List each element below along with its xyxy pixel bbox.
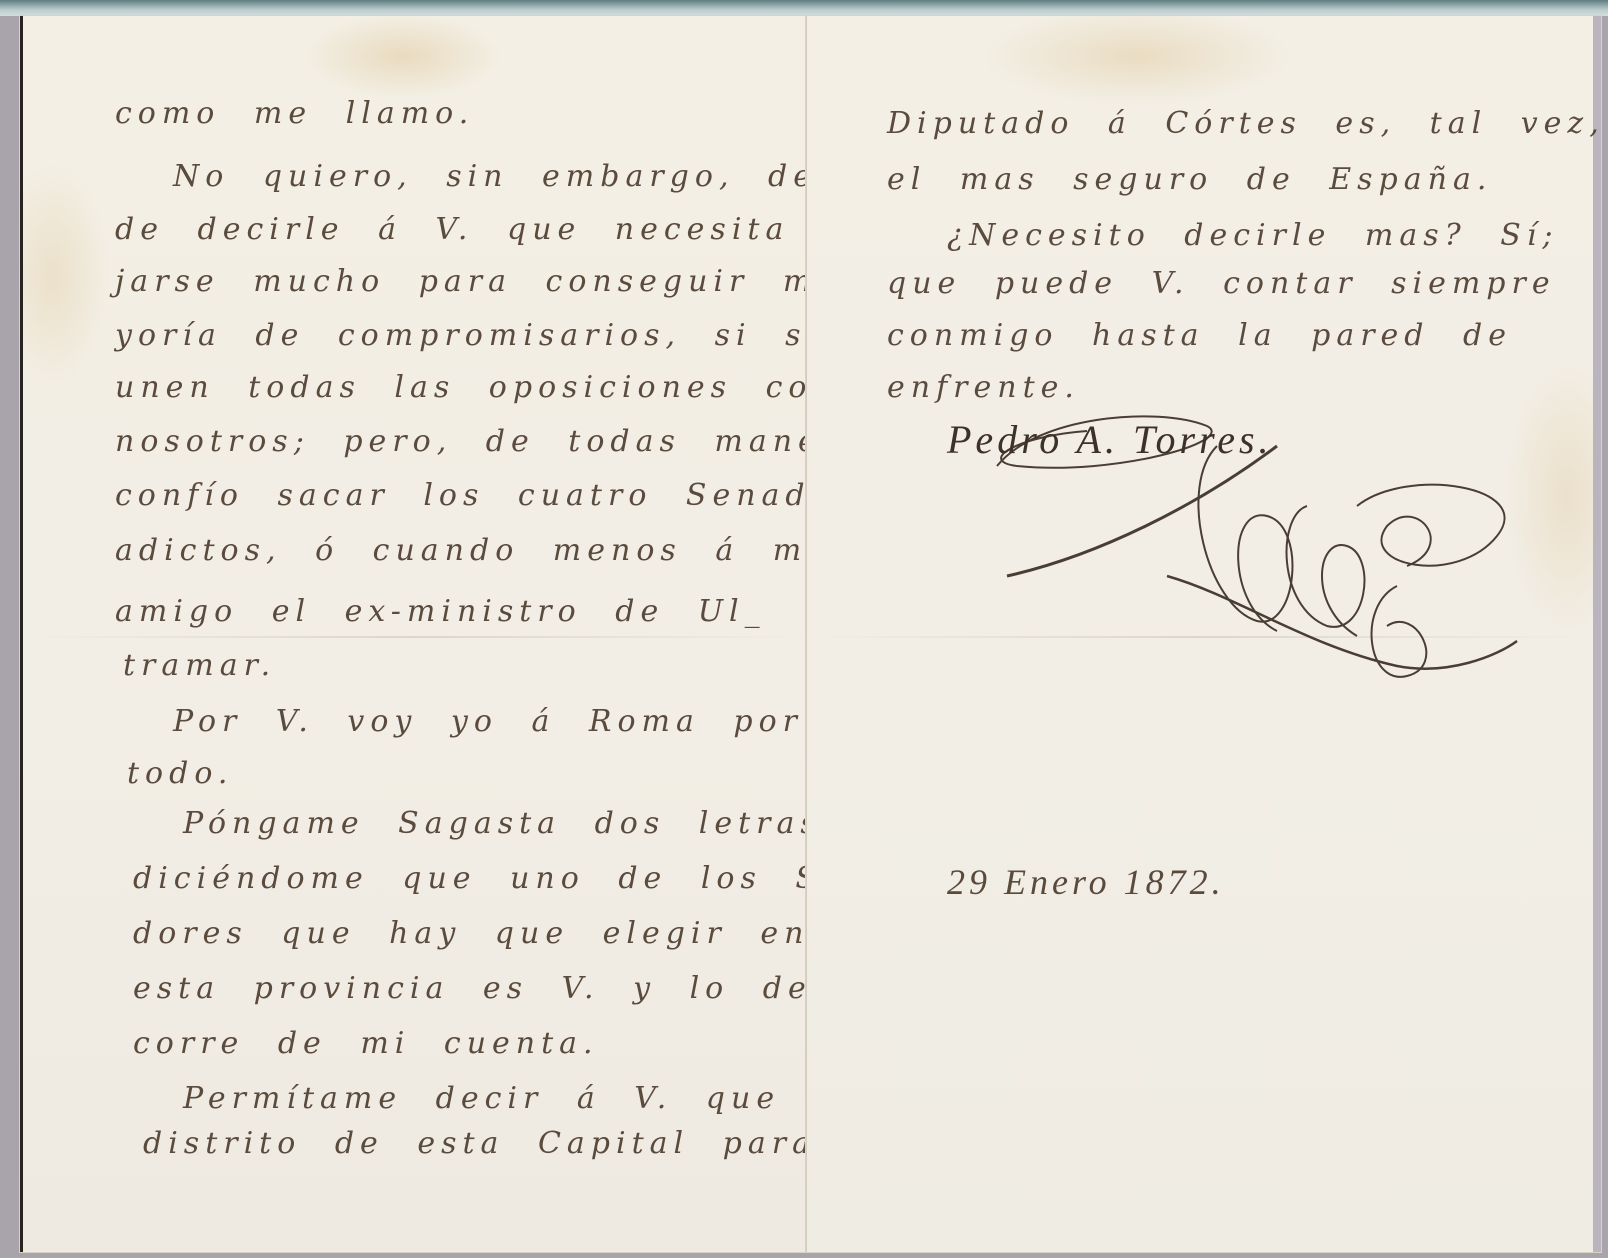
letter-line: Diputado á Córtes es, tal vez,	[887, 106, 1605, 141]
letter-line: Póngame Sagasta dos letras	[183, 806, 822, 841]
letter-page-left: como me llamo. No quiero, sin embargo, d…	[20, 16, 809, 1252]
letter-line: unen todas las oposiciones contra	[115, 370, 900, 405]
letter-line: Permítame decir á V. que el	[183, 1081, 853, 1116]
letter-line: No quiero, sin embargo, dejar	[173, 159, 877, 194]
letter-page-right: Diputado á Córtes es, tal vez, el mas se…	[806, 16, 1601, 1252]
letter-line: jarse mucho para conseguir ma	[115, 264, 841, 299]
letter-line: tramar.	[123, 648, 276, 683]
letter-line: yoría de compromisarios, si se	[115, 318, 830, 353]
letter-line: todo.	[127, 756, 233, 791]
letter-line: Por V. voy yo á Roma por	[173, 704, 803, 739]
signature-text: Pedro A. Torres.	[947, 416, 1273, 463]
scanner-top-strip	[0, 0, 1608, 16]
letter-line: corre de mi cuenta.	[133, 1026, 599, 1061]
letter-line: como me llamo.	[115, 96, 474, 131]
letter-line: dores que hay que elegir en	[133, 916, 809, 951]
letter-line: conmigo hasta la pared de	[887, 318, 1512, 353]
letter-line: adictos, ó cuando menos á mi	[115, 533, 823, 568]
letter-line: esta provincia es V. y lo demás	[133, 971, 891, 1006]
letter-line: amigo el ex-ministro de Ul_	[115, 594, 766, 629]
letter-line: que puede V. contar siempre	[887, 266, 1556, 301]
letter-date: 29 Enero 1872.	[947, 861, 1225, 903]
paper-fold	[23, 636, 809, 638]
letter-line: enfrente.	[887, 370, 1080, 405]
letter-line: nosotros; pero, de todas maneras,	[115, 424, 903, 459]
letter-line: ¿Necesito decirle mas? Sí;	[947, 218, 1558, 253]
letter-line: diciéndome que uno de los Sena_	[133, 861, 916, 896]
letter-line: el mas seguro de España.	[887, 162, 1492, 197]
letter-line: confío sacar los cuatro Senadores	[115, 478, 900, 513]
letter-line: distrito de esta Capital para	[143, 1126, 816, 1161]
